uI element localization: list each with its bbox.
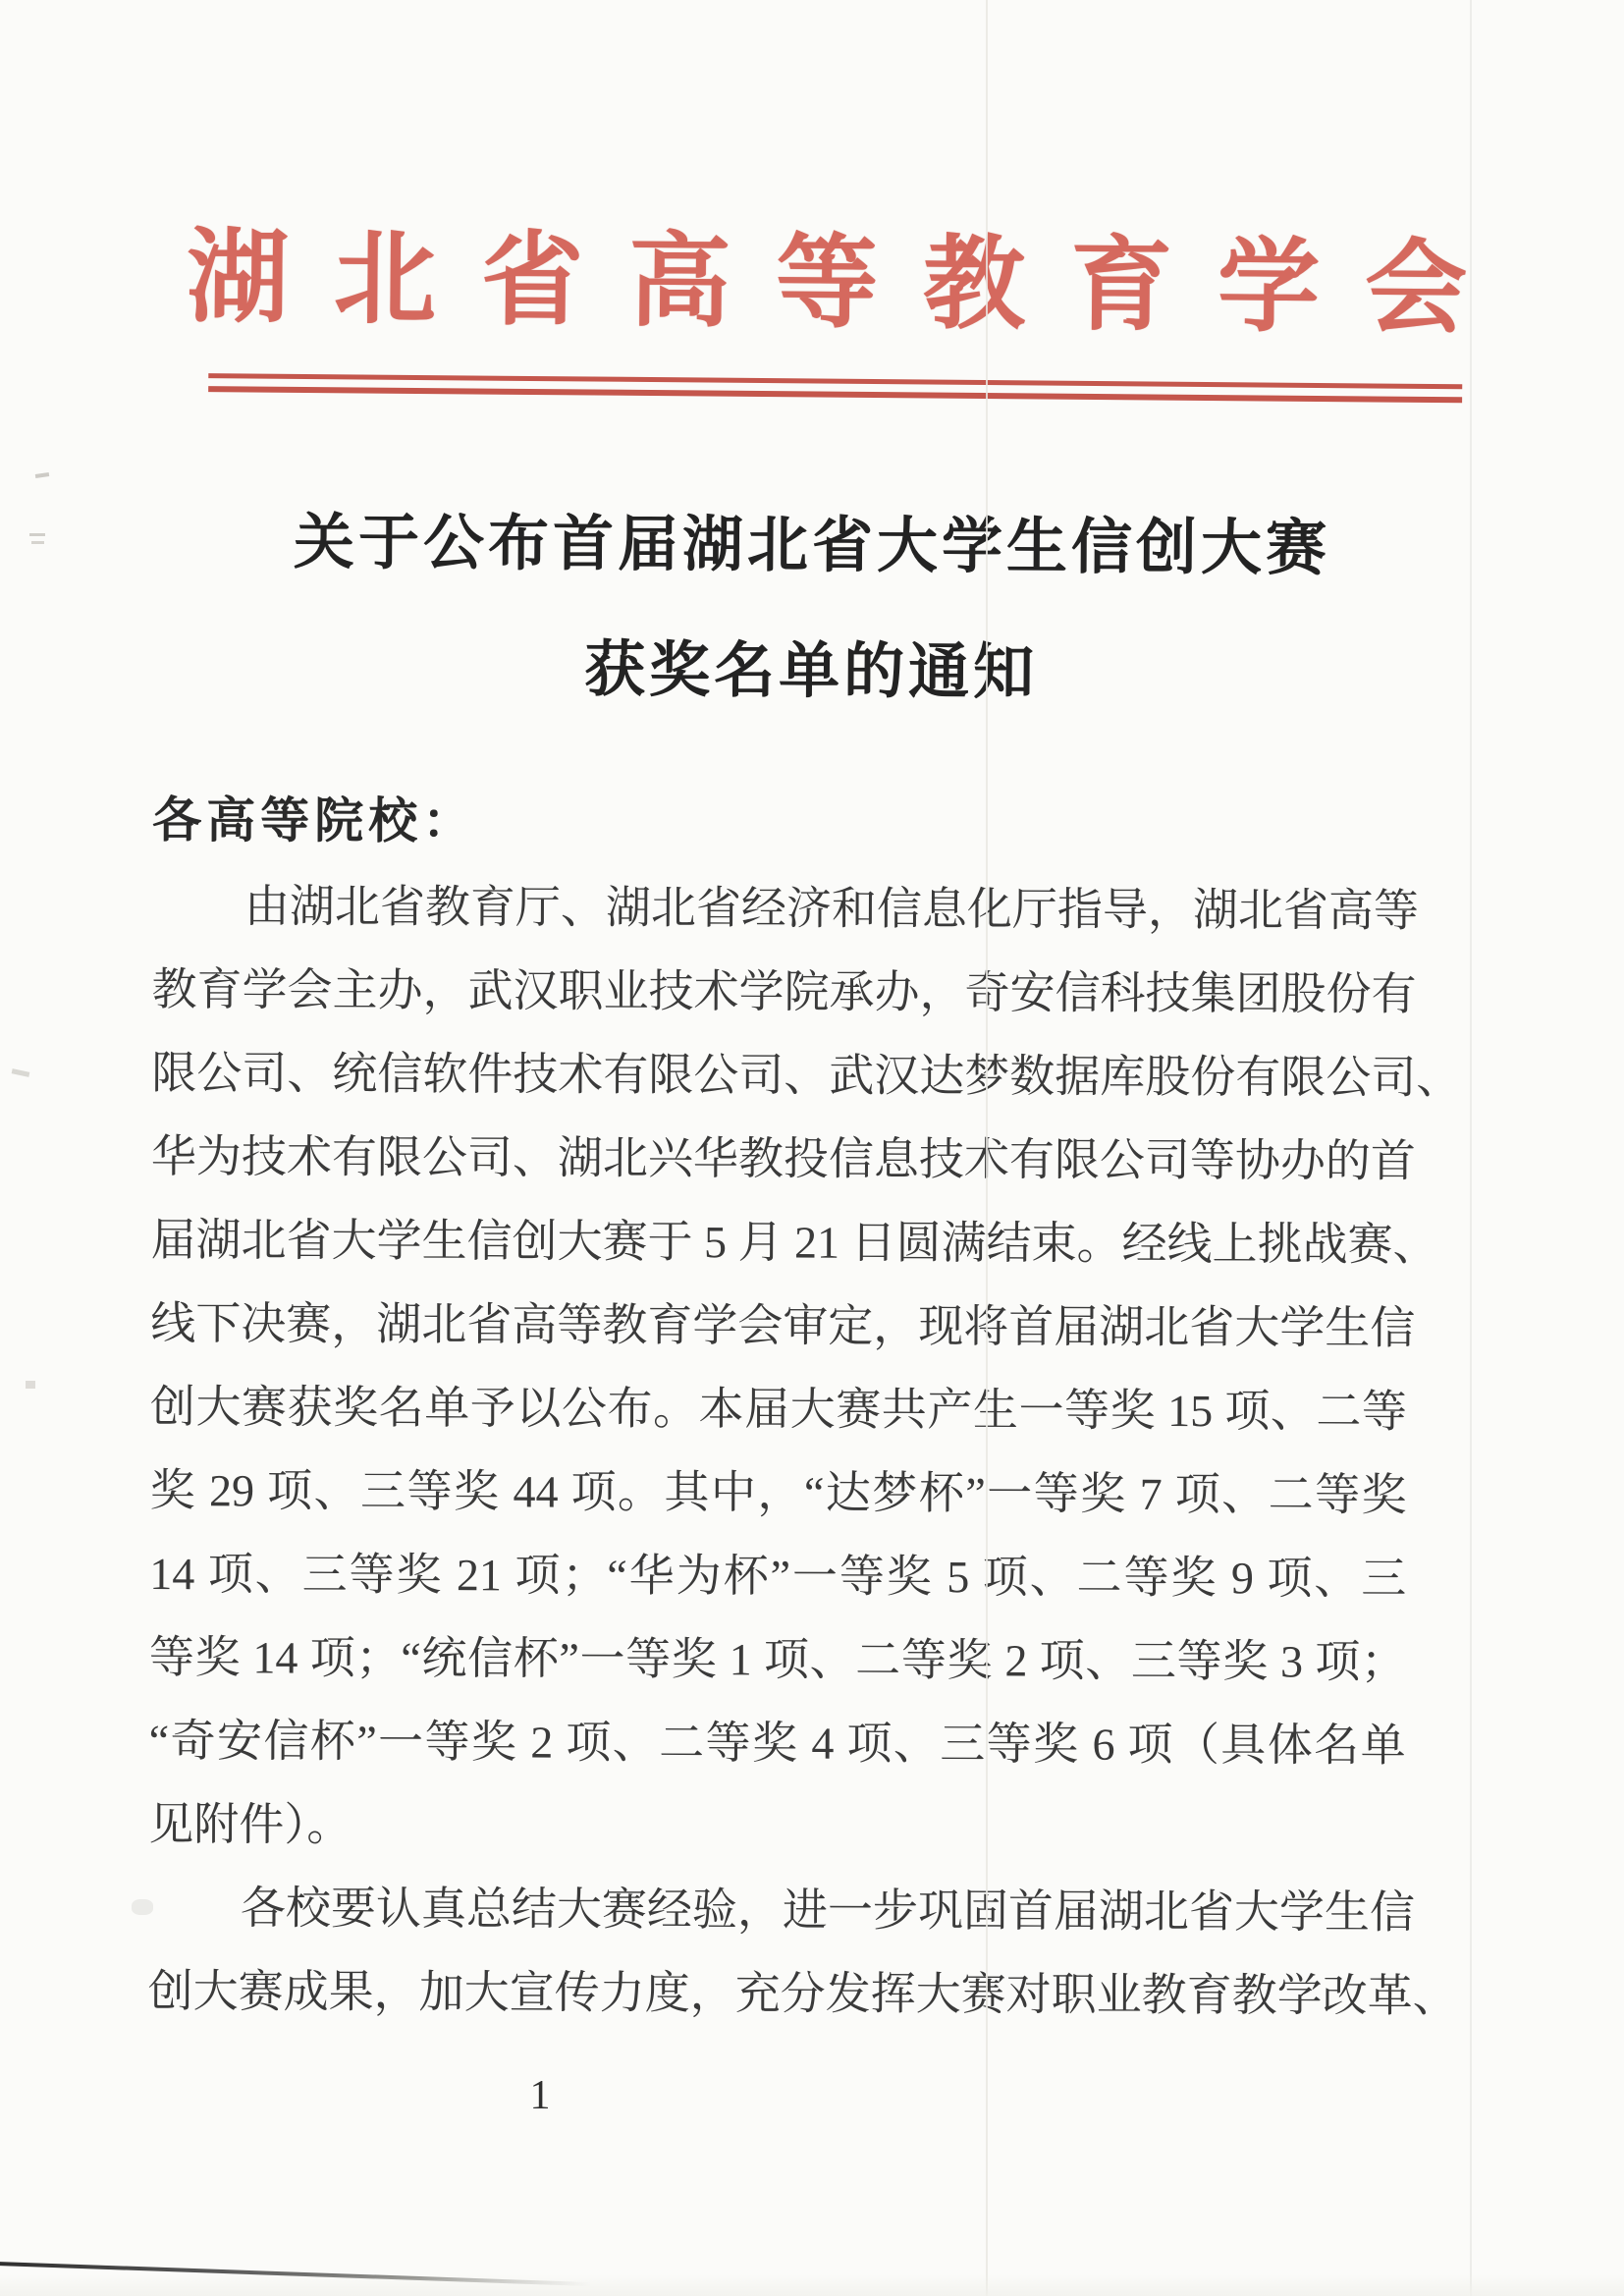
body-line: 届湖北省大学生信创大赛于 5 月 21 日圆满结束。经线上挑战赛、 bbox=[150, 1198, 1407, 1286]
body-line: 教育学会主办，武汉职业技术学院承办，奇安信科技集团股份有 bbox=[151, 948, 1408, 1036]
body-line: 奖 29 项、三等奖 44 项。其中，“达梦杯”一等奖 7 项、二等奖 bbox=[149, 1449, 1406, 1537]
body-line: 由湖北省教育厅、湖北省经济和信息化厅指导，湖北省高等 bbox=[152, 864, 1409, 953]
body-line: 见附件）。 bbox=[148, 1782, 1405, 1871]
body-line: 14 项、三等奖 21 项；“华为杯”一等奖 5 项、二等奖 9 项、三 bbox=[149, 1532, 1406, 1620]
body-line: 各校要认真总结大赛经验，进一步巩固首届湖北省大学生信 bbox=[148, 1866, 1405, 1954]
body-line: 等奖 14 项；“统信杯”一等奖 1 项、二等奖 2 项、三等奖 3 项； bbox=[149, 1615, 1406, 1704]
notice-body-block: 各高等院校： 由湖北省教育厅、湖北省经济和信息化厅指导，湖北省高等 教育学会主办… bbox=[0, 0, 1624, 2296]
salutation: 各高等院校： bbox=[152, 792, 476, 849]
body-line: 创大赛获奖名单予以公布。本届大赛共产生一等奖 15 项、二等 bbox=[150, 1365, 1407, 1453]
body-line: 限公司、统信软件技术有限公司、武汉达梦数据库股份有限公司、 bbox=[151, 1031, 1408, 1120]
body-line: 线下决赛，湖北省高等教育学会审定，现将首届湖北省大学生信 bbox=[150, 1282, 1407, 1370]
document-page: 湖北省高等教育学会 关于公布首届湖北省大学生信创大赛 获奖名单的通知 各高等院校… bbox=[0, 0, 1624, 2296]
notice-body: 由湖北省教育厅、湖北省经济和信息化厅指导，湖北省高等 教育学会主办，武汉职业技术… bbox=[148, 864, 1410, 2038]
page-number: 1 bbox=[481, 2072, 599, 2119]
body-line: 华为技术有限公司、湖北兴华教投信息技术有限公司等协办的首 bbox=[151, 1115, 1408, 1203]
scan-artifact-bottom-shade bbox=[0, 2274, 1624, 2296]
body-line: 创大赛成果，加大宣传力度，充分发挥大赛对职业教育教学改革、 bbox=[148, 1949, 1405, 2038]
body-line: “奇安信杯”一等奖 2 项、二等奖 4 项、三等奖 6 项（具体名单 bbox=[148, 1699, 1405, 1787]
